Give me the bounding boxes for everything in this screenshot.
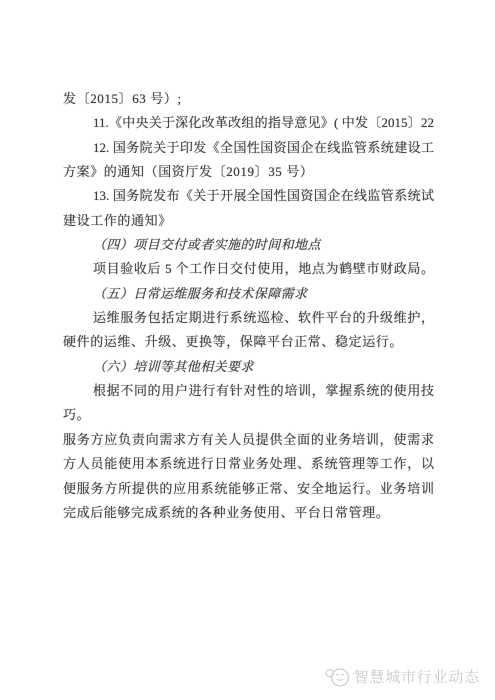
paragraph-maintenance-cont: 硬件的运维、升级、更换等，保障平台正常、稳定运行。 [63,330,434,354]
list-item-13-continued: 建设工作的通知》 [63,209,434,233]
list-item-11: 11.《中央关于深化改革改组的指导意见》( 中发〔2015〕22 号 )。 [63,111,434,135]
section-heading-6: （六）培训等其他相关要求 [63,355,434,379]
list-item-12: 12. 国务院关于印发《全国性国资国企在线监管系统建设工作 [63,136,434,160]
paragraph-maintenance: 运维服务包括定期进行系统巡检、软件平台的升级维护， [63,306,434,330]
paragraph-delivery: 项目验收后 5 个工作日交付使用，地点为鹤壁市财政局。 [63,257,434,281]
paragraph-training-detail-2: 方人员能使用本系统进行日常业务处理、系统管理等工作，以 [63,452,434,476]
list-item-13: 13. 国务院发布《关于开展全国性国资国企在线监管系统试点 [63,184,434,208]
section-heading-5: （五）日常运维服务和技术保障需求 [63,282,434,306]
continuation-line: 发〔2015〕63 号）; [63,87,434,111]
list-item-12-continued: 方案》的通知（国资厅发〔2019〕35 号） [63,160,434,184]
section-heading-4: （四）项目交付或者实施的时间和地点 [63,233,434,257]
paragraph-training-detail-3: 便服务方所提供的应用系统能够正常、安全地运行。业务培训 [63,477,434,501]
paragraph-training: 根据不同的用户进行有针对性的培训，掌握系统的使用技 [63,379,434,403]
watermark: 智慧城市行业动态 [325,665,480,688]
paragraph-training-detail-1: 服务方应负责向需求方有关人员提供全面的业务培训，使需求 [63,428,434,452]
smiley-logo-icon [325,665,350,688]
watermark-label: 智慧城市行业动态 [354,666,480,687]
document-body: 发〔2015〕63 号）; 11.《中央关于深化改革改组的指导意见》( 中发〔2… [63,87,434,525]
paragraph-training-cont: 巧。 [63,403,434,427]
paragraph-training-detail-4: 完成后能够完成系统的各种业务使用、平台日常管理。 [63,501,434,525]
document-page: 发〔2015〕63 号）; 11.《中央关于深化改革改组的指导意见》( 中发〔2… [0,0,495,700]
